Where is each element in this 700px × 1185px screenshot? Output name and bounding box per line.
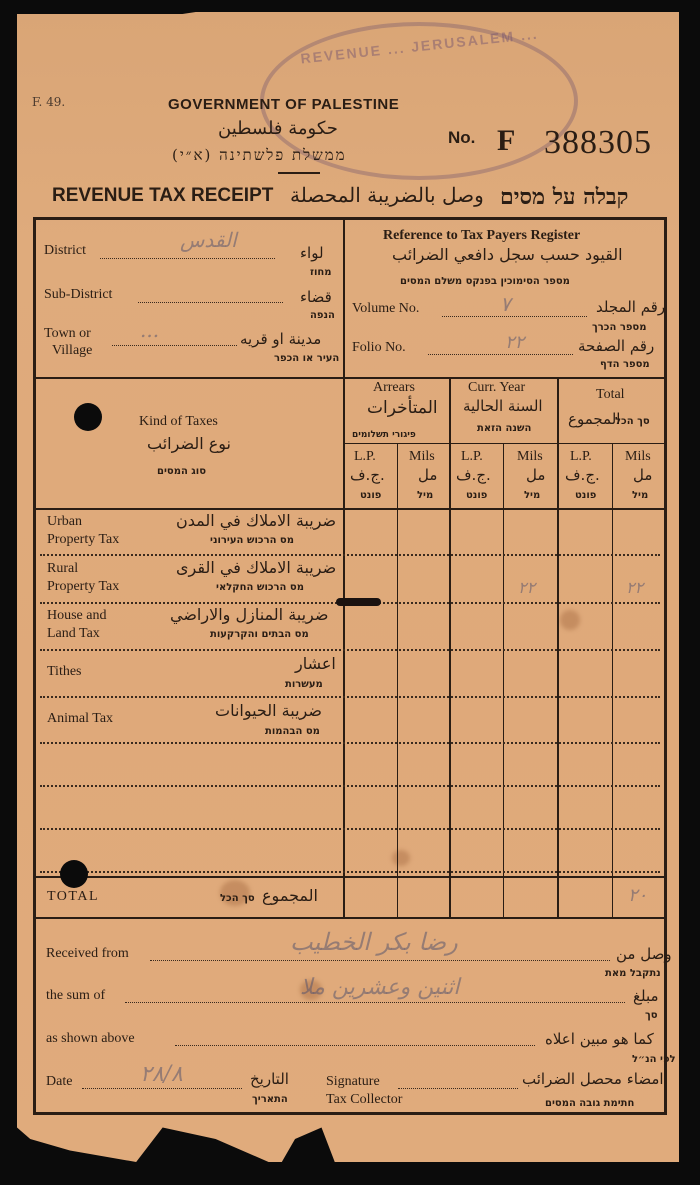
receipt-series: F bbox=[497, 124, 515, 158]
row-label-he: מס הבהמות bbox=[265, 726, 320, 737]
lp-header: L.P. bbox=[354, 449, 376, 465]
divider bbox=[343, 377, 345, 917]
total-header: Total bbox=[596, 387, 625, 403]
volume-label-ar: رقم المجلد bbox=[596, 298, 665, 316]
district-input-line[interactable] bbox=[100, 258, 275, 259]
town-label-he: העיר או הכפר bbox=[274, 353, 339, 364]
row-label-he: מס הרכוש החקלאי bbox=[216, 582, 304, 593]
mils-header-he: מיל bbox=[524, 490, 540, 501]
sum-of-input-line[interactable] bbox=[125, 1002, 625, 1003]
row-divider bbox=[40, 785, 660, 787]
lp-header-ar: ج.ف. bbox=[565, 466, 600, 484]
date-value: ٢٨/٨ bbox=[140, 1062, 183, 1087]
row-label-ar: اعشار bbox=[295, 654, 336, 673]
town-label-line1: Town or bbox=[44, 326, 91, 342]
town-label-ar: مدينة او قريه bbox=[240, 330, 321, 348]
folio-value: ٢٢ bbox=[505, 332, 524, 353]
row-label-line1: House and bbox=[47, 608, 107, 624]
total-label: TOTAL bbox=[47, 889, 99, 905]
lp-header-he: פונט bbox=[466, 490, 487, 501]
mils-header: Mils bbox=[409, 449, 435, 465]
government-title-he: ממשלת פלשתינה (א״י) bbox=[172, 146, 347, 165]
sum-of-label-he: סך bbox=[645, 1010, 658, 1021]
signature-input-line[interactable] bbox=[398, 1088, 518, 1089]
total-header-ar: المجموع bbox=[568, 410, 620, 428]
lp-header-he: פונט bbox=[360, 490, 381, 501]
divider bbox=[557, 377, 559, 917]
form-code: F. 49. bbox=[32, 95, 65, 109]
signature-label-he: חתימת גובה המסים bbox=[545, 1098, 634, 1109]
row-divider bbox=[40, 696, 660, 698]
received-from-value: رضا بكر الخطيب bbox=[290, 928, 458, 956]
divider bbox=[449, 377, 451, 917]
row-label-line2: Land Tax bbox=[47, 626, 100, 642]
kind-of-taxes-label-ar: نوع الضرائب bbox=[147, 434, 231, 453]
receipt-title-en: REVENUE TAX RECEIPT bbox=[52, 185, 273, 207]
receipt-title-he: קבלה על מסים bbox=[500, 184, 628, 210]
row-label-line1: Tithes bbox=[47, 664, 82, 680]
row-label-he: מעשרות bbox=[285, 679, 323, 690]
punch-hole bbox=[60, 860, 88, 888]
divider bbox=[278, 172, 320, 174]
signature-label-ar: امضاء محصل الضرائب bbox=[522, 1070, 664, 1088]
date-label-ar: التاريخ bbox=[250, 1070, 289, 1088]
row-label-line2: Property Tax bbox=[47, 579, 119, 595]
row-label-ar: ضريبة الحيوانات bbox=[215, 701, 322, 720]
received-from-label: Received from bbox=[46, 946, 129, 962]
as-shown-input-line[interactable] bbox=[175, 1045, 535, 1046]
total-mils-value: ٢٠ bbox=[628, 885, 647, 906]
row-label-line2: Property Tax bbox=[47, 532, 119, 548]
town-label-line2: Village bbox=[52, 343, 92, 359]
district-label-he: מחוז bbox=[310, 267, 332, 278]
sub-district-input-line[interactable] bbox=[138, 302, 283, 303]
mils-header: Mils bbox=[517, 449, 543, 465]
divider bbox=[612, 443, 613, 917]
sum-of-value: اثنين وعشرين ملا bbox=[300, 975, 460, 1000]
volume-label-he: מספר הכרך bbox=[592, 322, 646, 333]
tax-collector-label: Tax Collector bbox=[326, 1092, 402, 1108]
sum-of-label: the sum of bbox=[46, 988, 105, 1004]
district-value: القدس bbox=[180, 228, 237, 252]
divider bbox=[35, 377, 665, 379]
row-divider bbox=[40, 828, 660, 830]
district-label: District bbox=[44, 243, 86, 259]
date-input-line[interactable] bbox=[82, 1088, 242, 1089]
total-header-he: סך הכל bbox=[615, 416, 650, 427]
divider bbox=[397, 443, 398, 917]
mils-header-he: מיל bbox=[417, 490, 433, 501]
divider bbox=[35, 876, 665, 878]
total-label-he: סך הכל bbox=[220, 893, 255, 904]
as-shown-label: as shown above bbox=[46, 1031, 135, 1047]
mils-header: Mils bbox=[625, 449, 651, 465]
kind-of-taxes-label-he: סוג המסים bbox=[157, 466, 206, 477]
divider bbox=[503, 443, 504, 917]
mils-header-ar: مل bbox=[633, 466, 652, 484]
received-from-input-line[interactable] bbox=[150, 960, 610, 961]
folio-label-ar: رقم الصفحة bbox=[578, 337, 654, 355]
as-shown-label-ar: كما هو مبين اعلاه bbox=[545, 1030, 654, 1048]
volume-label: Volume No. bbox=[352, 301, 419, 317]
receipt-title-ar: وصل بالضريبة المحصلة bbox=[290, 183, 484, 207]
sub-district-label-ar: قضاء bbox=[300, 288, 332, 306]
total-label-ar: المجموع bbox=[262, 886, 318, 905]
mils-header-ar: مل bbox=[418, 466, 437, 484]
mils-header-he: מיל bbox=[632, 490, 648, 501]
kind-of-taxes-label: Kind of Taxes bbox=[139, 414, 218, 430]
arrears-header: Arrears bbox=[373, 380, 415, 396]
row-divider bbox=[40, 871, 660, 873]
curr-year-header: Curr. Year bbox=[468, 380, 525, 396]
row-label-line1: Rural bbox=[47, 561, 78, 577]
row-divider bbox=[40, 554, 660, 556]
government-title-ar: حكومة فلسطين bbox=[218, 118, 338, 139]
town-value: ... bbox=[140, 318, 159, 342]
register-heading-en: Reference to Tax Payers Register bbox=[383, 228, 580, 244]
row-divider bbox=[40, 742, 660, 744]
row-label-line1: Animal Tax bbox=[47, 711, 113, 727]
folio-label: Folio No. bbox=[352, 340, 406, 356]
arrears-header-ar: المتأخرات bbox=[367, 398, 438, 418]
folio-input-line[interactable] bbox=[428, 354, 573, 355]
lp-header-he: פונט bbox=[575, 490, 596, 501]
mils-header-ar: مل bbox=[526, 466, 545, 484]
sub-district-label-he: הנפה bbox=[310, 310, 335, 321]
punch-hole bbox=[74, 403, 102, 431]
lp-header: L.P. bbox=[570, 449, 592, 465]
sub-district-label: Sub-District bbox=[44, 287, 112, 303]
lp-header: L.P. bbox=[461, 449, 483, 465]
government-title-en: GOVERNMENT OF PALESTINE bbox=[168, 96, 399, 113]
town-input-line[interactable] bbox=[112, 345, 237, 346]
divider bbox=[345, 443, 665, 444]
signature-label: Signature bbox=[326, 1074, 380, 1090]
row-label-ar: ضريبة الاملاك في القرى bbox=[176, 558, 336, 577]
total-mils-value: ٢٢ bbox=[626, 578, 643, 597]
date-label-he: התאריך bbox=[252, 1094, 288, 1105]
curr-year-mils-value: ٢٢ bbox=[518, 578, 535, 597]
received-from-label-he: נתקבל מאת bbox=[605, 968, 661, 979]
row-divider bbox=[40, 649, 660, 651]
as-shown-label-he: לפי הנ״ל bbox=[632, 1054, 676, 1065]
register-heading-ar: القيود حسب سجل دافعي الضرائب bbox=[392, 245, 623, 264]
receipt-no-label: No. bbox=[448, 128, 475, 148]
register-heading-he: מספר הסימוכין בפנקס משלם המסים bbox=[400, 276, 570, 287]
arrears-header-he: פיגורי תשלומים bbox=[352, 430, 416, 440]
row-label-he: מס הרכוש העירוני bbox=[210, 535, 294, 546]
lp-header-ar: ج.ف. bbox=[456, 466, 491, 484]
divider bbox=[35, 508, 665, 510]
curr-year-header-ar: السنة الحالية bbox=[463, 397, 543, 415]
date-label: Date bbox=[46, 1074, 72, 1090]
curr-year-header-he: השנה הזאת bbox=[477, 423, 531, 434]
row-label-line1: Urban bbox=[47, 514, 82, 530]
volume-value: ٧ bbox=[500, 292, 511, 316]
district-label-ar: لواء bbox=[300, 244, 324, 262]
folio-label-he: מספר הדף bbox=[600, 359, 650, 370]
volume-input-line[interactable] bbox=[442, 316, 587, 317]
row-label-he: מס הבתים והקרקעות bbox=[210, 629, 309, 640]
received-from-label-ar: وصل من bbox=[616, 945, 672, 963]
divider bbox=[35, 917, 665, 919]
receipt-number: 388305 bbox=[544, 124, 652, 162]
lp-header-ar: ج.ف. bbox=[350, 466, 385, 484]
sum-of-label-ar: مبلغ bbox=[633, 987, 659, 1005]
row-label-ar: ضريبة المنازل والاراضي bbox=[170, 605, 328, 624]
row-label-ar: ضريبة الاملاك في المدن bbox=[176, 511, 336, 530]
ink-mark bbox=[336, 598, 381, 606]
divider bbox=[343, 219, 345, 379]
